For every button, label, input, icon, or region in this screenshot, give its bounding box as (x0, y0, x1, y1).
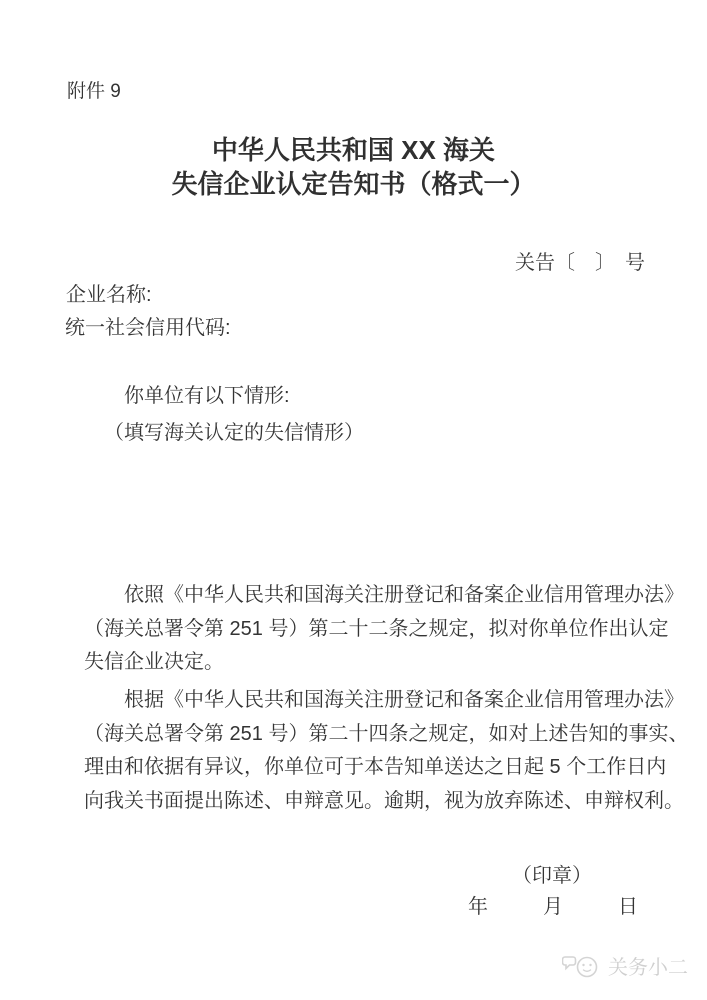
chat-smiley-logo-icon (562, 952, 602, 980)
situation-intro-text: 你单位有以下情形: (124, 379, 290, 408)
document-title: 中华人民共和国 XX 海关 失信企业认定告知书（格式一） (0, 133, 707, 201)
company-name-label: 企业名称: (66, 278, 152, 307)
document-page: 附件 9 中华人民共和国 XX 海关 失信企业认定告知书（格式一） 关告〔 〕 … (0, 0, 707, 1000)
paragraph-line: 向我关书面提出陈述、申辩意见。逾期，视为放弃陈述、申辩权利。 (84, 785, 656, 819)
watermark-text: 关务小二 (608, 951, 688, 980)
situation-placeholder-text: （填写海关认定的失信情形） (104, 416, 364, 445)
paragraph-appeal-rights: 根据《中华人民共和国海关注册登记和备案企业信用管理办法》 （海关总署令第 251… (84, 684, 656, 818)
paragraph-line: （海关总署令第 251 号）第二十二条之规定，拟对你单位作出认定 (84, 613, 656, 647)
title-line-1: 中华人民共和国 XX 海关 (0, 133, 707, 167)
paragraph-line: 根据《中华人民共和国海关注册登记和备案企业信用管理办法》 (84, 684, 656, 718)
title-line-2: 失信企业认定告知书（格式一） (0, 167, 707, 201)
date-year-label: 年 (468, 890, 488, 919)
document-number: 关告〔 〕 号 (515, 246, 645, 275)
seal-placeholder: （印章） (512, 859, 592, 888)
paragraph-line: （海关总署令第 251 号）第二十四条之规定，如对上述告知的事实、 (84, 718, 656, 752)
credit-code-label: 统一社会信用代码: (65, 311, 231, 340)
paragraph-legal-basis: 依照《中华人民共和国海关注册登记和备案企业信用管理办法》 （海关总署令第 251… (84, 579, 656, 680)
attachment-label: 附件 9 (67, 76, 121, 103)
paragraph-line: 失信企业决定。 (84, 646, 656, 680)
date-day-label: 日 (618, 890, 638, 919)
paragraph-line: 依照《中华人民共和国海关注册登记和备案企业信用管理办法》 (84, 579, 656, 613)
date-line: 年 月 日 (468, 890, 638, 919)
paragraph-line: 理由和依据有异议，你单位可于本告知单送达之日起 5 个工作日内 (84, 751, 656, 785)
date-month-label: 月 (543, 890, 563, 919)
watermark: 关务小二 (562, 951, 688, 980)
